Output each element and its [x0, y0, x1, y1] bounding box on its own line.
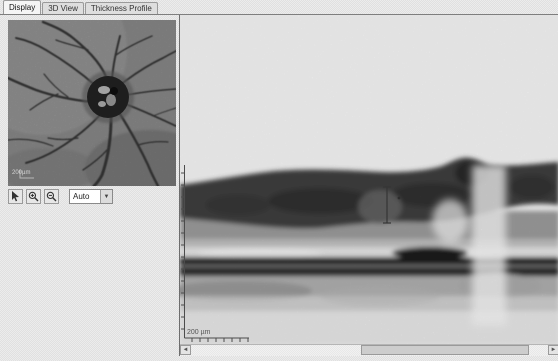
- tab-display[interactable]: Display: [3, 0, 41, 14]
- chevron-down-icon[interactable]: ▼: [100, 190, 112, 203]
- tab-thickness-profile[interactable]: Thickness Profile: [85, 2, 158, 14]
- scale-label: 200 µm: [187, 329, 211, 336]
- fundus-scale-label: 200µm: [12, 170, 30, 176]
- scroll-left-button[interactable]: ◄: [180, 345, 191, 355]
- fundus-photo-graphic: [8, 20, 176, 186]
- scrollbar-thumb[interactable]: [361, 345, 529, 355]
- zoom-out-button[interactable]: [44, 189, 59, 204]
- zoom-mode-dropdown[interactable]: Auto ▼: [69, 189, 113, 204]
- cursor-icon: [11, 191, 20, 202]
- magnifier-plus-icon: [28, 191, 39, 202]
- tab-bar: Display 3D View Thickness Profile: [0, 0, 558, 15]
- tab-3d-view[interactable]: 3D View: [42, 2, 84, 14]
- horizontal-scrollbar[interactable]: ◄ ►: [180, 344, 558, 356]
- magnifier-minus-icon: [46, 191, 57, 202]
- oct-bscan-panel: 200 µm ◄ ►: [179, 15, 558, 356]
- scroll-right-button[interactable]: ►: [548, 345, 558, 355]
- oct-viewer-window: Display 3D View Thickness Profile: [0, 0, 558, 361]
- image-toolbar: Auto ▼: [8, 188, 113, 205]
- oct-bscan-image[interactable]: [180, 15, 558, 345]
- fundus-image[interactable]: 200µm: [8, 20, 176, 186]
- pointer-tool-button[interactable]: [8, 189, 23, 204]
- left-panel: 200µm: [0, 15, 179, 361]
- zoom-mode-value: Auto: [73, 192, 89, 201]
- zoom-in-button[interactable]: [26, 189, 41, 204]
